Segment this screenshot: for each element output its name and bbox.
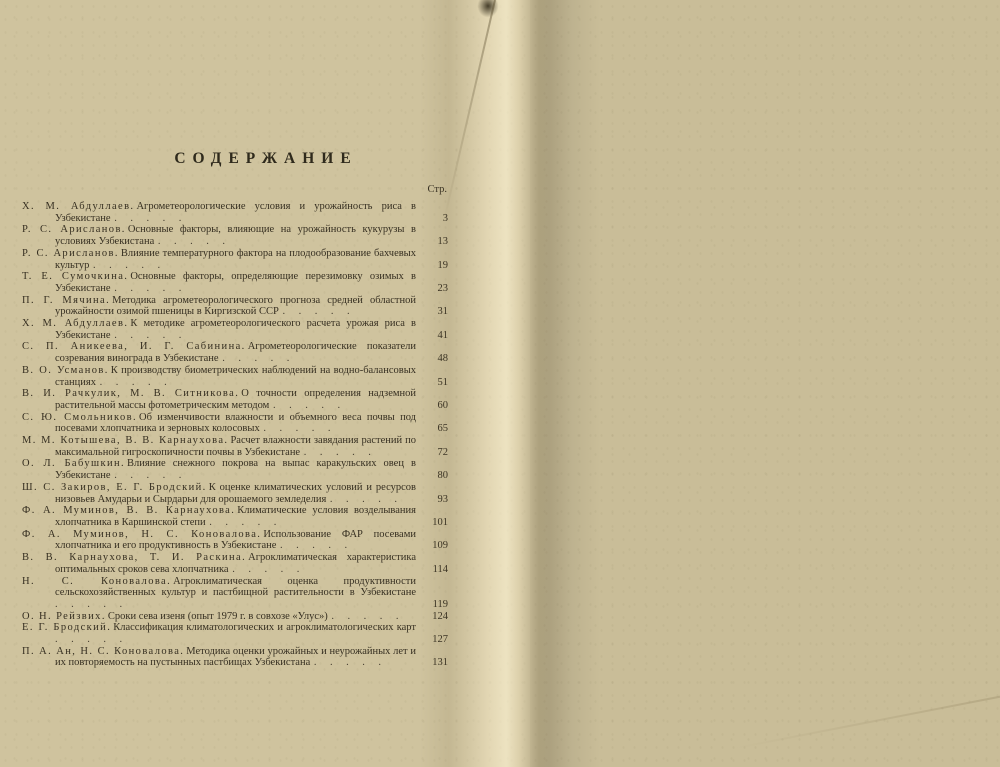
toc-entry-text: С. Ю. Смольников.Об изменчивости влажнос… (22, 412, 416, 435)
toc-entry-author: Ф. А. Муминов, В. В. Карнаухова. (22, 505, 235, 516)
toc-entry-text: Х. М. Абдуллаев.Агрометеорологические ус… (22, 201, 416, 224)
toc-entry-page: 65 (420, 423, 448, 435)
toc-entry: С. Ю. Смольников.Об изменчивости влажнос… (22, 412, 448, 435)
toc-entry-page: 127 (420, 634, 448, 646)
toc-entry-author: В. В. Карнаухова, Т. И. Раскина. (22, 552, 246, 563)
toc-entry-author: Т. Е. Сумочкина. (22, 271, 128, 282)
toc-entry-page: 13 (420, 236, 448, 248)
toc-entry-text: Ф. А. Муминов, В. В. Карнаухова.Климатич… (22, 505, 416, 528)
toc-entry-text: М. М. Котышева, В. В. Карнаухова.Расчет … (22, 435, 416, 458)
toc-entry-author: В. И. Рачкулик, М. В. Ситникова. (22, 388, 239, 399)
toc-entry: С. П. Аникеева, И. Г. Сабинина.Агрометео… (22, 341, 448, 364)
toc-entry-author: Ш. С. Закиров, Е. Г. Бродский. (22, 482, 207, 493)
toc-entry-author: Е. Г. Бродский. (22, 622, 111, 633)
toc-entry-author: П. А. Ан, Н. С. Коновалова. (22, 646, 184, 657)
toc-entry-page: 101 (420, 517, 448, 529)
toc-entry: В. В. Карнаухова, Т. И. Раскина.Агроклим… (22, 552, 448, 575)
toc-entry-page: 23 (420, 283, 448, 295)
toc-entry-author: М. М. Котышева, В. В. Карнаухова. (22, 435, 228, 446)
toc-entry-text: О. Н. Рейзвих.Сроки сева изеня (опыт 197… (22, 611, 416, 623)
book-spread: СОДЕРЖАНИЕ Стр. Х. М. Абдуллаев.Агромете… (0, 0, 1000, 767)
toc-entry-author: С. П. Аникеева, И. Г. Сабинина. (22, 341, 246, 352)
toc-entry-text: Е. Г. Бродский.Классификация климатологи… (22, 622, 416, 645)
toc-entry-page: 72 (420, 447, 448, 459)
left-page: СОДЕРЖАНИЕ Стр. Х. М. Абдуллаев.Агромете… (0, 0, 530, 767)
toc-entry-page: 41 (420, 330, 448, 342)
toc-entry-page: 48 (420, 353, 448, 365)
toc-entry-author: Х. М. Абдуллаев. (22, 318, 128, 329)
toc-entry: Ф. А. Муминов, В. В. Карнаухова.Климатич… (22, 505, 448, 528)
toc-entry-title: Классификация климатологических и агрокл… (113, 622, 416, 633)
toc-entry: Н. С. Коновалова.Агроклиматическая оценк… (22, 576, 448, 611)
toc-entry-author: Н. С. Коновалова. (22, 576, 171, 587)
toc-entry: О. Л. Бабушкин.Влияние снежного покрова … (22, 458, 448, 481)
toc-entry-text: С. П. Аникеева, И. Г. Сабинина.Агрометео… (22, 341, 416, 364)
toc-column: СОДЕРЖАНИЕ Стр. Х. М. Абдуллаев.Агромете… (22, 150, 448, 669)
toc-entry: О. Н. Рейзвих.Сроки сева изеня (опыт 197… (22, 611, 448, 623)
toc-entry: Ф. А. Муминов, Н. С. Коновалова.Использо… (22, 529, 448, 552)
table-of-contents: Х. М. Абдуллаев.Агрометеорологические ус… (22, 201, 448, 669)
toc-entry-text: Н. С. Коновалова.Агроклиматическая оценк… (22, 576, 416, 611)
toc-entry-author: В. О. Усманов. (22, 365, 109, 376)
toc-entry-page: 31 (420, 306, 448, 318)
toc-entry-page: 3 (420, 213, 448, 225)
toc-entry-page: 114 (420, 564, 448, 576)
toc-entry-text: В. И. Рачкулик, М. В. Ситникова.О точнос… (22, 388, 416, 411)
toc-entry: В. И. Рачкулик, М. В. Ситникова.О точнос… (22, 388, 448, 411)
toc-entry-author: П. Г. Мячина. (22, 295, 110, 306)
toc-entry-author: Р. С. Арисланов. (22, 224, 126, 235)
toc-entry-author: Х. М. Абдуллаев. (22, 201, 134, 212)
toc-entry-text: Т. Е. Сумочкина.Основные факторы, опреде… (22, 271, 416, 294)
toc-entry-title: Сроки сева изеня (опыт 1979 г. в совхозе… (108, 611, 328, 622)
toc-entry-text: О. Л. Бабушкин.Влияние снежного покрова … (22, 458, 416, 481)
toc-entry-page: 109 (420, 540, 448, 552)
toc-entry: Х. М. Абдуллаев.Агрометеорологические ус… (22, 201, 448, 224)
toc-entry-page: 51 (420, 377, 448, 389)
toc-entry-author: Р. С. Арисланов. (22, 248, 119, 259)
toc-entry-author: О. Н. Рейзвих. (22, 611, 106, 622)
toc-entry-author: С. Ю. Смольников. (22, 412, 137, 423)
toc-entry: П. А. Ан, Н. С. Коновалова.Методика оцен… (22, 646, 448, 669)
toc-entry: Х. М. Абдуллаев.К методике агрометеороло… (22, 318, 448, 341)
toc-entry-text: П. А. Ан, Н. С. Коновалова.Методика оцен… (22, 646, 416, 669)
toc-entry-text: Р. С. Арисланов.Влияние температурного ф… (22, 248, 416, 271)
toc-entry-page: 131 (420, 657, 448, 669)
toc-entry-author: Ф. А. Муминов, Н. С. Коновалова. (22, 529, 261, 540)
page-column-header: Стр. (22, 184, 448, 195)
toc-entry-text: П. Г. Мячина.Методика агрометеорологичес… (22, 295, 416, 318)
toc-entry: Р. С. Арисланов.Основные факторы, влияющ… (22, 224, 448, 247)
toc-entry: Е. Г. Бродский.Классификация климатологи… (22, 622, 448, 645)
right-page: Труды СаНИИ, вып. 88 (169) ВОПРОСЫ АГРОМ… (530, 0, 1000, 767)
toc-entry-page: 119 (420, 599, 448, 611)
toc-entry-text: Р. С. Арисланов.Основные факторы, влияющ… (22, 224, 416, 247)
toc-entry: Р. С. Арисланов.Влияние температурного ф… (22, 248, 448, 271)
toc-entry-text: Ф. А. Муминов, Н. С. Коновалова.Использо… (22, 529, 416, 552)
toc-entry: Т. Е. Сумочкина.Основные факторы, опреде… (22, 271, 448, 294)
toc-entry-page: 93 (420, 494, 448, 506)
toc-entry-page: 80 (420, 470, 448, 482)
toc-entry-page: 124 (420, 611, 448, 623)
toc-entry-page: 19 (420, 260, 448, 272)
toc-entry: П. Г. Мячина.Методика агрометеорологичес… (22, 295, 448, 318)
toc-entry: В. О. Усманов.К производству биометричес… (22, 365, 448, 388)
toc-heading: СОДЕРЖАНИЕ (22, 150, 448, 168)
toc-entry-author: О. Л. Бабушкин. (22, 458, 125, 469)
toc-entry: Ш. С. Закиров, Е. Г. Бродский.К оценке к… (22, 482, 448, 505)
toc-entry-title: К производству биометрических наблюдений… (55, 365, 416, 388)
toc-entry-text: В. О. Усманов.К производству биометричес… (22, 365, 416, 388)
toc-entry-text: В. В. Карнаухова, Т. И. Раскина.Агроклим… (22, 552, 416, 575)
toc-entry-text: Х. М. Абдуллаев.К методике агрометеороло… (22, 318, 416, 341)
toc-entry: М. М. Котышева, В. В. Карнаухова.Расчет … (22, 435, 448, 458)
toc-entry-text: Ш. С. Закиров, Е. Г. Бродский.К оценке к… (22, 482, 416, 505)
toc-entry-page: 60 (420, 400, 448, 412)
